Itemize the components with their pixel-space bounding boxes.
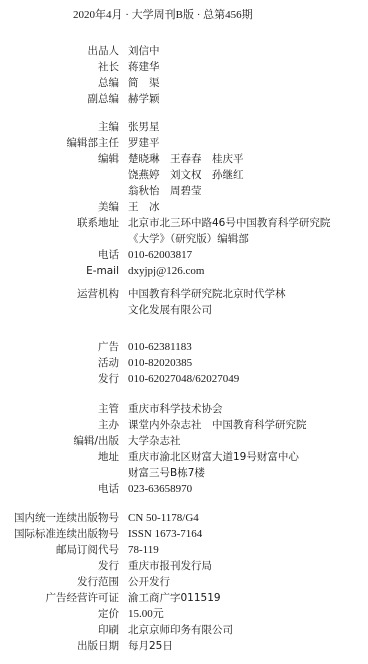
publisher-section: 主管重庆市科学技术协会主办课堂内外杂志社 中国教育科学研究院编辑/出版大学杂志社… xyxy=(0,401,368,497)
field-label: 发行范围 xyxy=(0,574,128,590)
field-label xyxy=(0,183,128,199)
field-value: 王 冰 xyxy=(128,199,160,215)
editorial-row: 联系地址北京市北三环中路46号中国教育科学研究院 xyxy=(0,215,368,231)
field-label: 地址 xyxy=(0,449,128,465)
field-value: 北京市北三环中路46号中国教育科学研究院 xyxy=(128,215,330,231)
operator-row: 运营机构中国教育科学研究院北京时代学林 xyxy=(0,286,368,302)
field-label: 邮局订阅代号 xyxy=(0,542,128,558)
field-label: 美编 xyxy=(0,199,128,215)
publisher-row: 地址重庆市渝北区财富大道19号财富中心 xyxy=(0,449,368,465)
publisher-row: 主办课堂内外杂志社 中国教育科学研究院 xyxy=(0,417,368,433)
field-value: 罗建平 xyxy=(128,135,160,151)
field-label: 国内统一连续出版物号 xyxy=(0,510,128,526)
registration-row: 出版日期每月25日 xyxy=(0,638,368,654)
field-label: 广告经营许可证 xyxy=(0,590,128,606)
field-label: 主管 xyxy=(0,401,128,417)
field-label: 发行 xyxy=(0,558,128,574)
operator-row: 文化发展有限公司 xyxy=(0,302,368,318)
field-label: 出品人 xyxy=(0,43,128,59)
field-value: 饶燕婷 刘文权 孙继红 xyxy=(128,167,244,183)
registration-row: 国际标准连续出版物号ISSN 1673-7164 xyxy=(0,526,368,542)
field-label: 国际标准连续出版物号 xyxy=(0,526,128,542)
editorial-row: 电话010-62003817 xyxy=(0,247,368,263)
field-label xyxy=(0,231,128,247)
registration-row: 国内统一连续出版物号CN 50-1178/G4 xyxy=(0,510,368,526)
contacts-section: 广告010-62381183活动010-82020385发行010-620270… xyxy=(0,339,368,387)
field-label: 社长 xyxy=(0,59,128,75)
registration-row: 广告经营许可证渝工商广字011519 xyxy=(0,590,368,606)
field-value: CN 50-1178/G4 xyxy=(128,510,199,526)
field-value: 023-63658970 xyxy=(128,481,192,497)
field-label: 发行 xyxy=(0,371,128,387)
operator-section: 运营机构中国教育科学研究院北京时代学林文化发展有限公司 xyxy=(0,286,368,318)
field-value: 010-62381183 xyxy=(128,339,192,355)
field-value: ISSN 1673-7164 xyxy=(128,526,202,542)
field-value: dxyjpj@126.com xyxy=(128,263,204,279)
field-value: 财富三号B栋7楼 xyxy=(128,465,205,481)
field-value: 重庆市渝北区财富大道19号财富中心 xyxy=(128,449,299,465)
field-value: 中国教育科学研究院北京时代学林 xyxy=(128,286,286,302)
field-value: 渝工商广字011519 xyxy=(128,590,221,606)
field-label: 电话 xyxy=(0,247,128,263)
editorial-row: 编辑部主任罗建平 xyxy=(0,135,368,151)
field-value: 每月25日 xyxy=(128,638,173,654)
field-value: 010-82020385 xyxy=(128,355,192,371)
field-label: 副总编 xyxy=(0,91,128,107)
field-value: 课堂内外杂志社 中国教育科学研究院 xyxy=(128,417,307,433)
field-label xyxy=(0,465,128,481)
field-label: 定价 xyxy=(0,606,128,622)
field-value: 楚晓琳 王春春 桂庆平 xyxy=(128,151,244,167)
editorial-row: 翁秋怡 周碧莹 xyxy=(0,183,368,199)
contacts-row: 发行010-62027048/62027049 xyxy=(0,371,368,387)
contacts-row: 活动010-82020385 xyxy=(0,355,368,371)
registration-row: 邮局订阅代号78-119 xyxy=(0,542,368,558)
field-label: 广告 xyxy=(0,339,128,355)
field-label: E-mail xyxy=(0,263,128,279)
registration-row: 发行范围公开发行 xyxy=(0,574,368,590)
masthead-row: 副总编赫学颖 xyxy=(0,91,368,107)
field-value: 010-62003817 xyxy=(128,247,192,263)
registration-section: 国内统一连续出版物号CN 50-1178/G4国际标准连续出版物号ISSN 16… xyxy=(0,510,368,654)
editorial-row: 饶燕婷 刘文权 孙继红 xyxy=(0,167,368,183)
field-value: 文化发展有限公司 xyxy=(128,302,212,318)
field-label: 运营机构 xyxy=(0,286,128,302)
contacts-row: 广告010-62381183 xyxy=(0,339,368,355)
field-label xyxy=(0,302,128,318)
field-label: 联系地址 xyxy=(0,215,128,231)
issue-header: 2020年4月 · 大学周刊B版 · 总第456期 xyxy=(73,6,253,22)
field-label: 主编 xyxy=(0,119,128,135)
field-label: 主办 xyxy=(0,417,128,433)
editorial-row: 美编王 冰 xyxy=(0,199,368,215)
editorial-row: 《大学》（研究版）编辑部 xyxy=(0,231,368,247)
editorial-row: 主编张男星 xyxy=(0,119,368,135)
field-value: 重庆市科学技术协会 xyxy=(128,401,223,417)
registration-row: 定价15.00元 xyxy=(0,606,368,622)
field-value: 78-119 xyxy=(128,542,159,558)
editorial-section: 主编张男星编辑部主任罗建平编辑楚晓琳 王春春 桂庆平饶燕婷 刘文权 孙继红翁秋怡… xyxy=(0,119,368,279)
field-label: 出版日期 xyxy=(0,638,128,654)
field-value: 张男星 xyxy=(128,119,160,135)
field-value: 010-62027048/62027049 xyxy=(128,371,239,387)
field-label: 活动 xyxy=(0,355,128,371)
field-value: 蒋建华 xyxy=(128,59,160,75)
field-label: 编辑/出版 xyxy=(0,433,128,449)
publisher-row: 编辑/出版大学杂志社 xyxy=(0,433,368,449)
field-value: 公开发行 xyxy=(128,574,170,590)
masthead-row: 社长蒋建华 xyxy=(0,59,368,75)
publisher-row: 电话023-63658970 xyxy=(0,481,368,497)
field-value: 刘信中 xyxy=(128,43,160,59)
field-value: 重庆市报刊发行局 xyxy=(128,558,212,574)
field-label: 编辑 xyxy=(0,151,128,167)
field-value: 赫学颖 xyxy=(128,91,160,107)
masthead-row: 出品人刘信中 xyxy=(0,43,368,59)
field-value: 大学杂志社 xyxy=(128,433,181,449)
publisher-row: 财富三号B栋7楼 xyxy=(0,465,368,481)
field-label: 总编 xyxy=(0,75,128,91)
field-label: 印刷 xyxy=(0,622,128,638)
masthead-section: 出品人刘信中社长蒋建华总编简 渠副总编赫学颖 xyxy=(0,43,368,107)
registration-row: 发行重庆市报刊发行局 xyxy=(0,558,368,574)
field-value: 北京京师印务有限公司 xyxy=(128,622,233,638)
field-label: 编辑部主任 xyxy=(0,135,128,151)
field-value: 简 渠 xyxy=(128,75,160,91)
editorial-row: 编辑楚晓琳 王春春 桂庆平 xyxy=(0,151,368,167)
editorial-row: E-maildxyjpj@126.com xyxy=(0,263,368,279)
field-label: 电话 xyxy=(0,481,128,497)
publisher-row: 主管重庆市科学技术协会 xyxy=(0,401,368,417)
field-value: 《大学》（研究版）编辑部 xyxy=(128,231,249,247)
registration-row: 印刷北京京师印务有限公司 xyxy=(0,622,368,638)
field-label xyxy=(0,167,128,183)
field-value: 翁秋怡 周碧莹 xyxy=(128,183,202,199)
field-value: 15.00元 xyxy=(128,606,164,622)
masthead-row: 总编简 渠 xyxy=(0,75,368,91)
